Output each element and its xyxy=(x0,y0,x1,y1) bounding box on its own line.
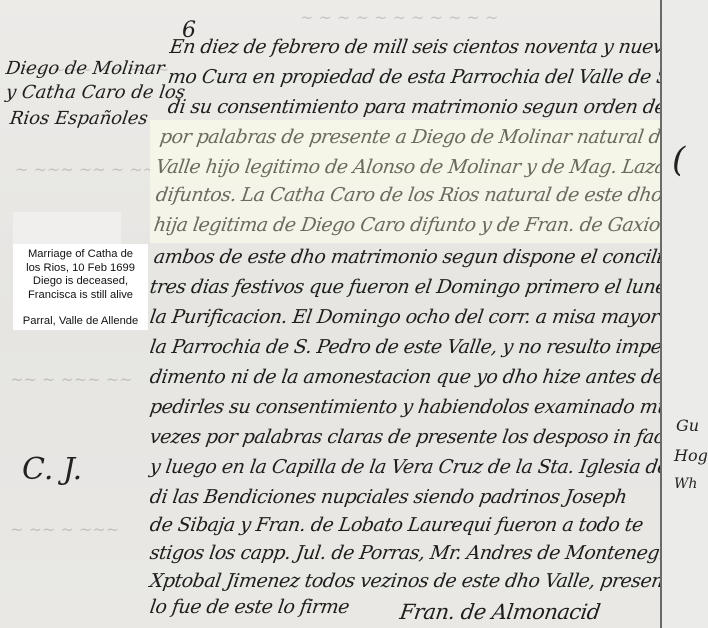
annotation-line: Francisca is still alive xyxy=(15,289,146,303)
manuscript-line: En diez de febrero de mill seis cientos … xyxy=(168,36,708,58)
signature: Fran. de Almonacid xyxy=(398,600,601,624)
manuscript-line: y luego en la Capilla de la Vera Cruz de… xyxy=(148,456,708,478)
annotation-backdrop xyxy=(13,212,121,244)
manuscript-line: lo fue de este lo firme xyxy=(148,596,350,618)
bleed-through-text: ~~ ~ ~~~ ~~ xyxy=(10,370,133,389)
manuscript-line: mo Cura en propiedad de esta Parrochia d… xyxy=(166,66,708,88)
manuscript-line: vezes por palabras claras de presente lo… xyxy=(148,426,708,448)
manuscript-line: di su consentimiento para matrimonio seg… xyxy=(166,96,708,118)
annotation-line: Diego is deceased, xyxy=(15,275,146,289)
adjacent-page: ( Gu Hog Wh xyxy=(660,0,708,628)
manuscript-line: ambos de este dho matrimonio segun dispo… xyxy=(152,246,702,268)
adjacent-page-mark: ( xyxy=(672,140,685,180)
manuscript-line: stigos los capp. Jul. de Porras, Mr. And… xyxy=(148,542,696,564)
manuscript-line: la Purificacion. El Domingo ocho del cor… xyxy=(148,306,688,328)
annotation-place: Parral, Valle de Allende xyxy=(15,315,146,329)
manuscript-line: pedirles su consentimiento y habiendolos… xyxy=(148,396,708,418)
manuscript-line: Xptobal Jimenez todos vezinos de este dh… xyxy=(148,570,707,592)
manuscript-line: di las Bendiciones nupciales siendo padr… xyxy=(148,486,628,508)
margin-mark: C. J. xyxy=(22,452,82,487)
margin-note-line: y Catha Caro de los xyxy=(5,82,187,103)
bleed-through-text: ~ ~ ~ ~ ~ ~ ~ ~ ~ ~ ~ xyxy=(300,8,498,27)
margin-note-line: Rios Españoles xyxy=(9,108,150,129)
adjacent-page-mark: Hog xyxy=(674,446,708,465)
manuscript-line: la Parrochia de S. Pedro de este Valle, … xyxy=(148,336,663,358)
adjacent-page-mark: Gu xyxy=(676,416,699,435)
manuscript-line: Valle hijo legitimo de Alonso de Molinar… xyxy=(154,156,686,178)
manuscript-line: hija legitima de Diego Caro difunto y de… xyxy=(152,214,708,236)
annotation-line: los Rios, 10 Feb 1699 xyxy=(15,262,146,276)
manuscript-page: ~ ~ ~ ~ ~ ~ ~ ~ ~ ~ ~ ~~ ~~~ ~~ ~~~ ~ ~~… xyxy=(0,0,660,628)
annotation-line: Marriage of Catha de xyxy=(15,248,146,262)
margin-note-line: Diego de Molinar xyxy=(5,58,166,79)
manuscript-line: de Sibaja y Fran. de Lobato Laurequi fue… xyxy=(148,514,644,536)
manuscript-line: tres dias festivos que fueron el Domingo… xyxy=(148,276,708,298)
adjacent-page-mark: Wh xyxy=(674,476,697,492)
manuscript-line: difuntos. La Catha Caro de los Rios natu… xyxy=(154,184,708,206)
bleed-through-text: ~ ~~ ~ ~~~ xyxy=(10,520,119,539)
annotation-box: Marriage of Catha de los Rios, 10 Feb 16… xyxy=(13,244,148,330)
manuscript-line: dimento ni de la amonestacion que yo dho… xyxy=(148,366,665,388)
bleed-through-text: ~ ~~~ ~~ ~ ~~ xyxy=(15,160,156,179)
manuscript-line: por palabras de presente a Diego de Moli… xyxy=(158,126,708,148)
